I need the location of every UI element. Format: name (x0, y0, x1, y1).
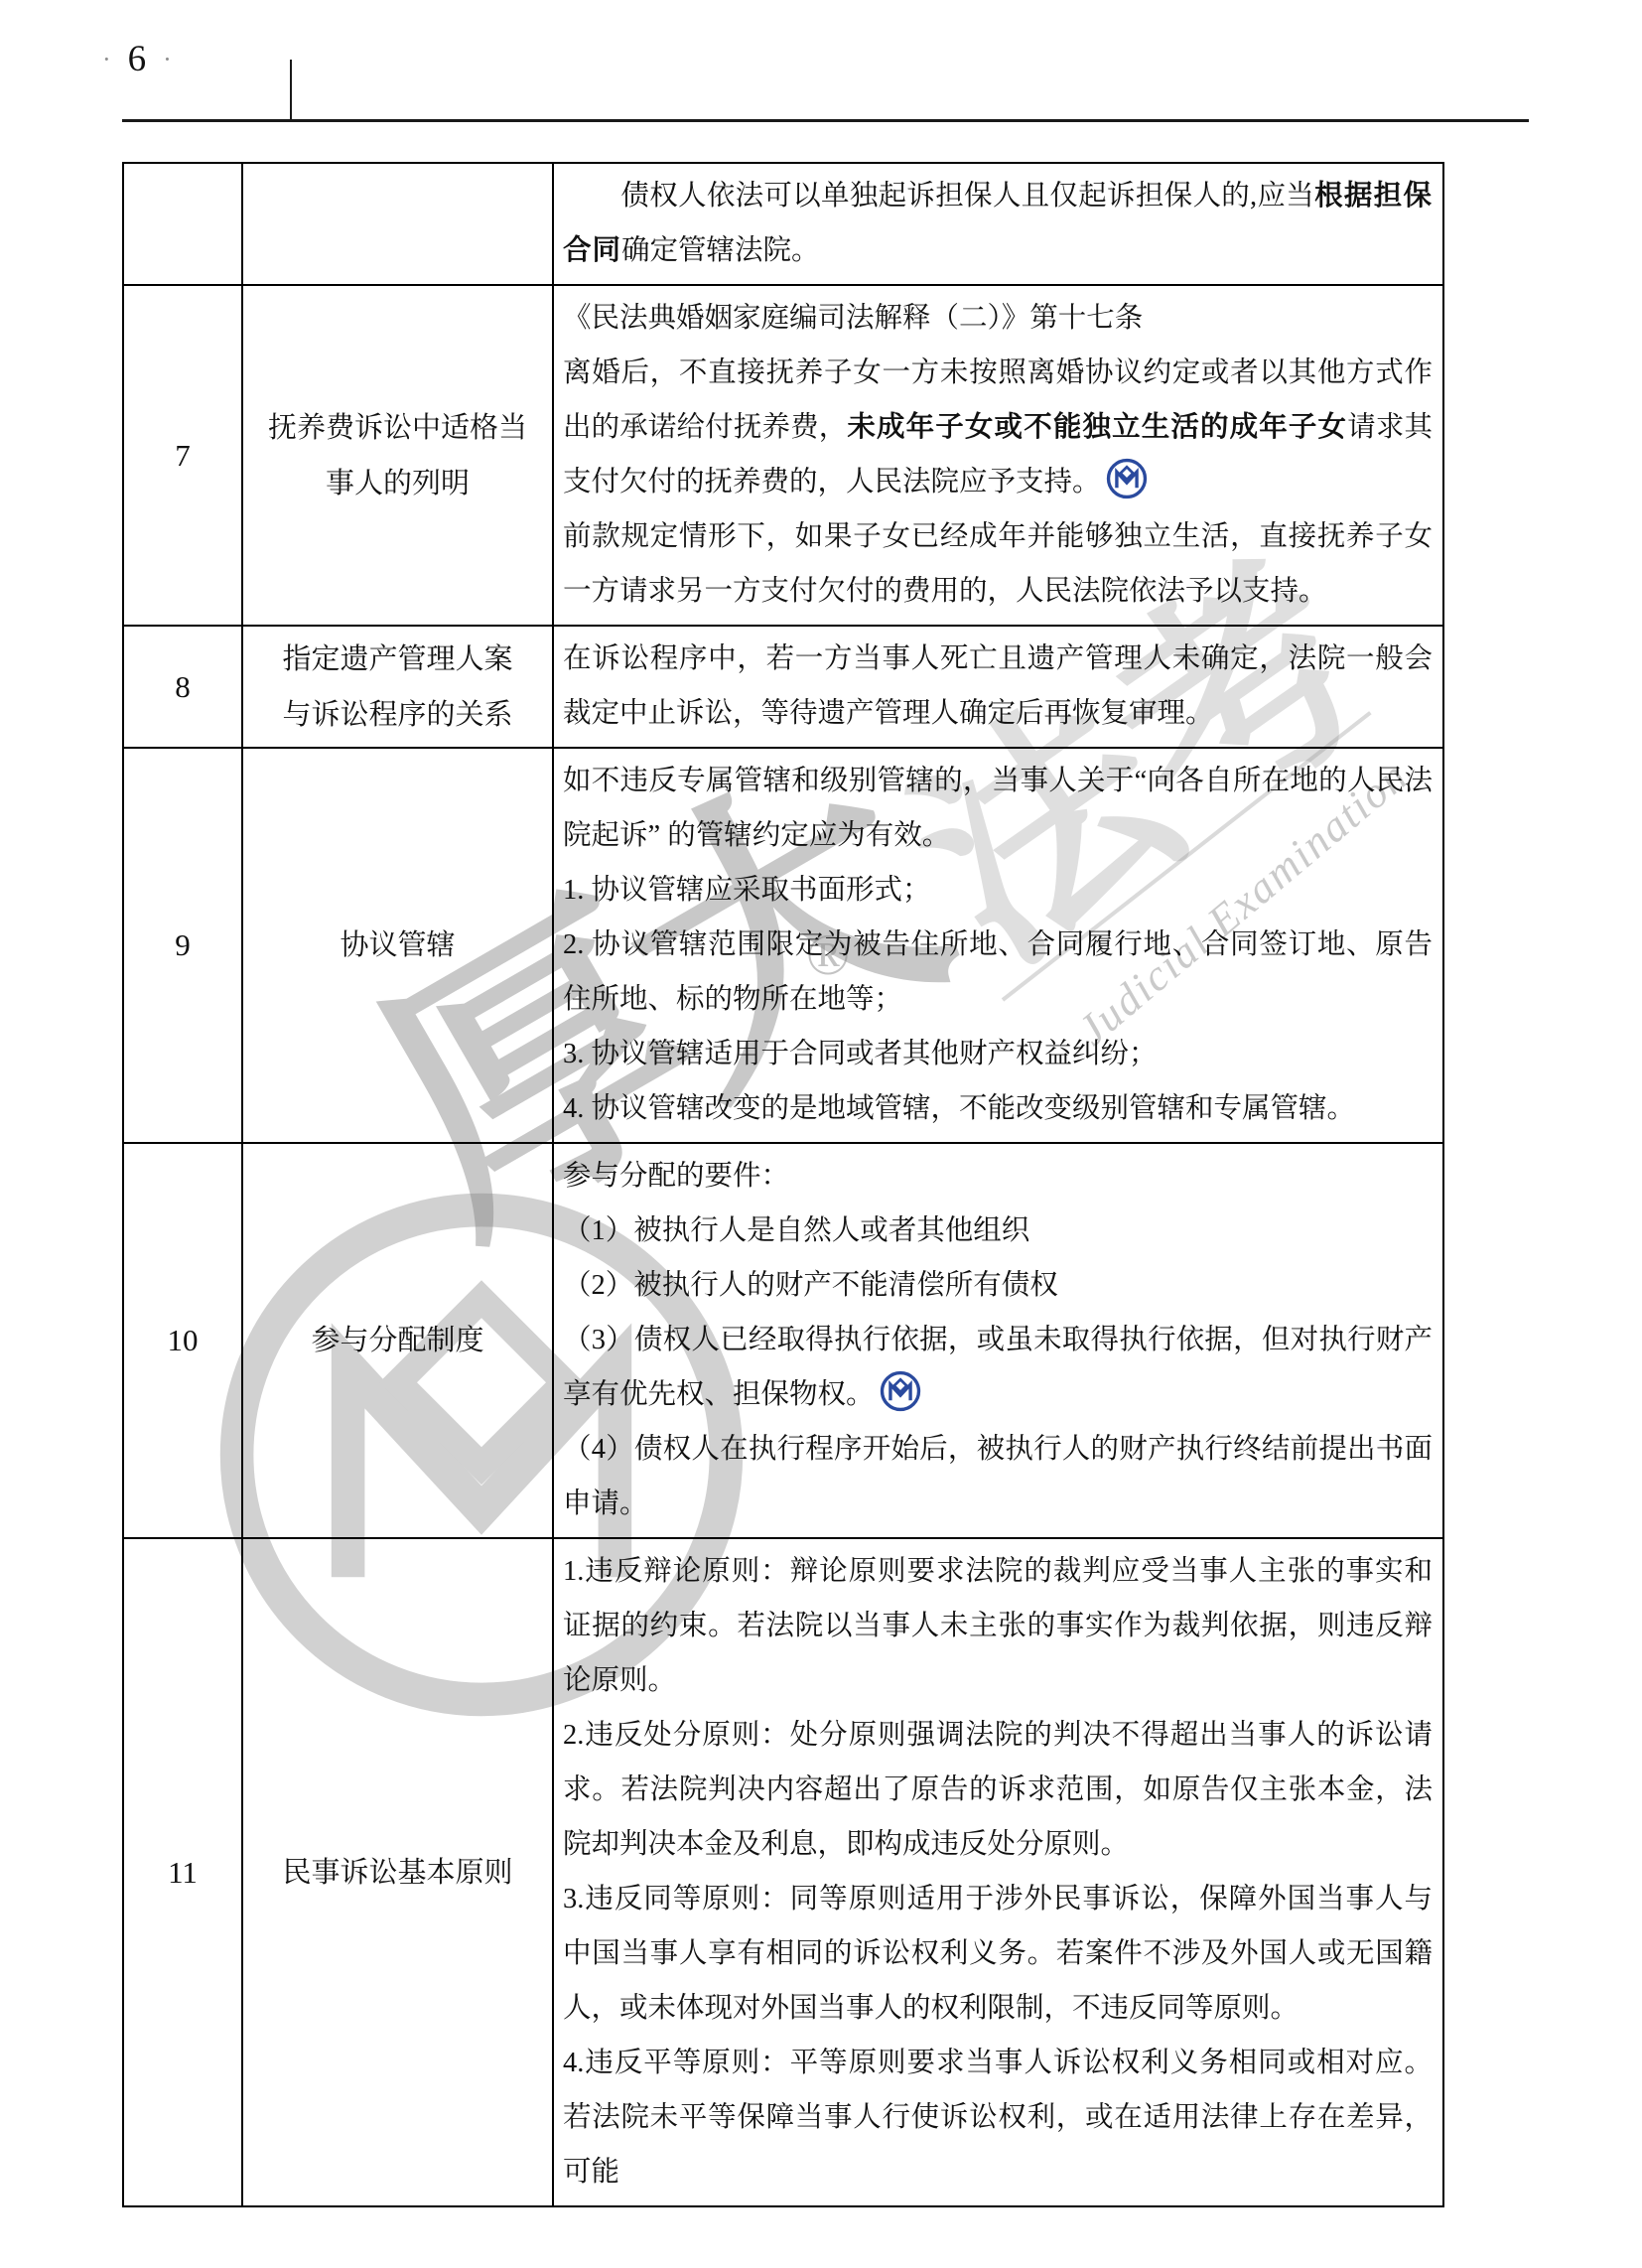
header-rule (122, 119, 1529, 122)
row-number-cell: 9 (123, 748, 242, 1143)
table-row: 9协议管辖如不违反专属管辖和级别管辖的，当事人关于“向各自所在地的人民法院起诉”… (123, 748, 1443, 1143)
row-title-cell: 民事诉讼基本原则 (242, 1538, 553, 2206)
table-row: 11民事诉讼基本原则1.违反辩论原则：辩论原则要求法院的裁判应受当事人主张的事实… (123, 1538, 1443, 2206)
row-title-cell: 指定遗产管理人案 与诉讼程序的关系 (242, 626, 553, 748)
body-text: （1）被执行人是自然人或者其他组织 (563, 1215, 1029, 1246)
row-number-cell: 10 (123, 1143, 242, 1538)
document-page: · 6 · 厚大 ® 法考 Judicial Examination 债权人依法… (0, 0, 1642, 2268)
body-text: 4. 协议管辖改变的是地域管辖，不能改变级别管辖和专属管辖。 (563, 1093, 1355, 1124)
body-text: 4.违反平等原则：平等原则要求当事人诉讼权利义务相同或相对应。若法院未平等保障当… (563, 2048, 1433, 2188)
content-paragraph: 3.违反同等原则：同等原则适用于涉外民事诉讼，保障外国当事人与中国当事人享有相同… (563, 1872, 1433, 2036)
body-text: 参与分配的要件： (563, 1161, 789, 1192)
content-paragraph: 2. 协议管辖范围限定为被告住所地、合同履行地、合同签订地、原告住所地、标的物所… (563, 918, 1433, 1027)
row-title-cell: 协议管辖 (242, 748, 553, 1143)
body-text: 2. 协议管辖范围限定为被告住所地、合同履行地、合同签订地、原告住所地、标的物所… (563, 929, 1433, 1015)
content-paragraph: 1.违反辩论原则：辩论原则要求法院的裁判应受当事人主张的事实和证据的约束。若法院… (563, 1544, 1433, 1708)
content-paragraph: 2.违反处分原则：处分原则强调法院的判决不得超出当事人的诉讼请求。若法院判决内容… (563, 1708, 1433, 1872)
row-number-cell: 11 (123, 1538, 242, 2206)
emphasis-text: 未成年子女或不能独立生活的成年子女 (847, 411, 1347, 443)
content-paragraph: 在诉讼程序中，若一方当事人死亡且遗产管理人未确定，法院一般会裁定中止诉讼，等待遗… (563, 632, 1433, 741)
table-row: 10参与分配制度参与分配的要件：（1）被执行人是自然人或者其他组织（2）被执行人… (123, 1143, 1443, 1538)
body-text: 在诉讼程序中，若一方当事人死亡且遗产管理人未确定，法院一般会裁定中止诉讼，等待遗… (563, 643, 1433, 729)
body-text: 3.违反同等原则：同等原则适用于涉外民事诉讼，保障外国当事人与中国当事人享有相同… (563, 1884, 1433, 2024)
row-number-cell (123, 163, 242, 285)
content-paragraph: （2）被执行人的财产不能清偿所有债权 (563, 1258, 1433, 1313)
table-row: 8指定遗产管理人案 与诉讼程序的关系在诉讼程序中，若一方当事人死亡且遗产管理人未… (123, 626, 1443, 748)
row-content-cell: 《民法典婚姻家庭编司法解释（二）》第十七条离婚后，不直接抚养子女一方未按照离婚协… (553, 285, 1443, 626)
legal-notes-table: 债权人依法可以单独起诉担保人且仅起诉担保人的,应当根据担保合同确定管辖法院。7抚… (122, 162, 1444, 2207)
brand-logo-icon (880, 1370, 921, 1412)
content-paragraph: 如不违反专属管辖和级别管辖的，当事人关于“向各自所在地的人民法院起诉” 的管辖约… (563, 754, 1433, 863)
content-paragraph: 3. 协议管辖适用于合同或者其他财产权益纠纷； (563, 1027, 1433, 1081)
row-title-cell: 抚养费诉讼中适格当 事人的列明 (242, 285, 553, 626)
row-content-cell: 1.违反辩论原则：辩论原则要求法院的裁判应受当事人主张的事实和证据的约束。若法院… (553, 1538, 1443, 2206)
body-text: 前款规定情形下，如果子女已经成年并能够独立生活，直接抚养子女一方请求另一方支付欠… (563, 521, 1433, 607)
page-number-value: 6 (128, 38, 147, 80)
row-content-cell: 在诉讼程序中，若一方当事人死亡且遗产管理人未确定，法院一般会裁定中止诉讼，等待遗… (553, 626, 1443, 748)
row-title-cell: 参与分配制度 (242, 1143, 553, 1538)
body-text: （4）债权人在执行程序开始后，被执行人的财产执行终结前提出书面申请。 (563, 1434, 1433, 1519)
content-paragraph: 前款规定情形下，如果子女已经成年并能够独立生活，直接抚养子女一方请求另一方支付欠… (563, 509, 1433, 619)
content-paragraph: （3）债权人已经取得执行依据，或虽未取得执行依据，但对执行财产享有优先权、担保物… (563, 1313, 1433, 1422)
header-divider-vertical (290, 60, 292, 121)
content-paragraph: 4.违反平等原则：平等原则要求当事人诉讼权利义务相同或相对应。若法院未平等保障当… (563, 2036, 1433, 2199)
body-text: 2.违反处分原则：处分原则强调法院的判决不得超出当事人的诉讼请求。若法院判决内容… (563, 1720, 1433, 1860)
body-text: 确定管辖法院。 (621, 235, 820, 266)
body-text: （3）债权人已经取得执行依据，或虽未取得执行依据，但对执行财产享有优先权、担保物… (563, 1325, 1433, 1410)
row-title-cell (242, 163, 553, 285)
page-number-dot: · (102, 47, 111, 72)
row-number-cell: 7 (123, 285, 242, 626)
body-text: 《民法典婚姻家庭编司法解释（二）》第十七条 (563, 303, 1143, 334)
body-text: 1.违反辩论原则：辩论原则要求法院的裁判应受当事人主张的事实和证据的约束。若法院… (563, 1556, 1433, 1696)
content-paragraph: 4. 协议管辖改变的是地域管辖，不能改变级别管辖和专属管辖。 (563, 1081, 1433, 1136)
body-text: （2）被执行人的财产不能清偿所有债权 (563, 1270, 1058, 1301)
content-paragraph: 离婚后，不直接抚养子女一方未按照离婚协议约定或者以其他方式作出的承诺给付抚养费，… (563, 346, 1433, 509)
body-text: 1. 协议管辖应采取书面形式； (563, 875, 931, 906)
content-paragraph: 参与分配的要件： (563, 1149, 1433, 1204)
row-content-cell: 如不违反专属管辖和级别管辖的，当事人关于“向各自所在地的人民法院起诉” 的管辖约… (553, 748, 1443, 1143)
body-text: 债权人依法可以单独起诉担保人且仅起诉担保人的,应当 (620, 181, 1314, 212)
table-row: 债权人依法可以单独起诉担保人且仅起诉担保人的,应当根据担保合同确定管辖法院。 (123, 163, 1443, 285)
body-text: 如不违反专属管辖和级别管辖的，当事人关于“向各自所在地的人民法院起诉” 的管辖约… (563, 766, 1433, 851)
body-text: 3. 协议管辖适用于合同或者其他财产权益纠纷； (563, 1039, 1158, 1069)
page-number: · 6 · (102, 38, 172, 80)
page-number-dot: · (163, 47, 172, 72)
brand-logo-icon (1106, 458, 1148, 499)
table-row: 7抚养费诉讼中适格当 事人的列明《民法典婚姻家庭编司法解释（二）》第十七条离婚后… (123, 285, 1443, 626)
row-content-cell: 参与分配的要件：（1）被执行人是自然人或者其他组织（2）被执行人的财产不能清偿所… (553, 1143, 1443, 1538)
row-content-cell: 债权人依法可以单独起诉担保人且仅起诉担保人的,应当根据担保合同确定管辖法院。 (553, 163, 1443, 285)
row-number-cell: 8 (123, 626, 242, 748)
content-paragraph: 《民法典婚姻家庭编司法解释（二）》第十七条 (563, 291, 1433, 346)
content-paragraph: （1）被执行人是自然人或者其他组织 (563, 1204, 1433, 1258)
content-paragraph: 1. 协议管辖应采取书面形式； (563, 863, 1433, 918)
content-paragraph: （4）债权人在执行程序开始后，被执行人的财产执行终结前提出书面申请。 (563, 1422, 1433, 1531)
content-paragraph: 债权人依法可以单独起诉担保人且仅起诉担保人的,应当根据担保合同确定管辖法院。 (563, 169, 1433, 278)
legal-notes-table-body: 债权人依法可以单独起诉担保人且仅起诉担保人的,应当根据担保合同确定管辖法院。7抚… (123, 163, 1443, 2206)
